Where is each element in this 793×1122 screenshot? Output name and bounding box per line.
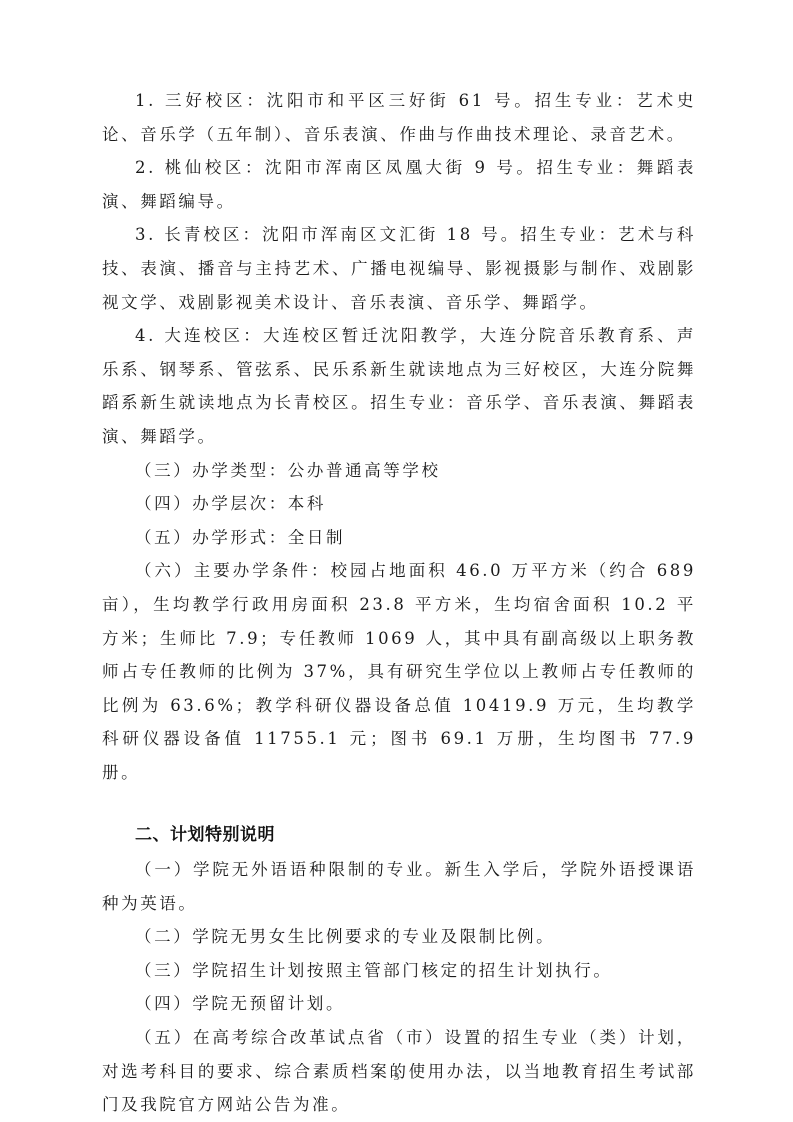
school-conditions: （六）主要办学条件：校园占地面积 46.0 万平方米（约合 689 亩），生均教…	[102, 554, 696, 789]
section-gap	[102, 789, 696, 819]
campus-taoxian: 2. 桃仙校区：沈阳市浑南区凤凰大街 9 号。招生专业：舞蹈表演、舞蹈编导。	[102, 151, 696, 218]
campus-sanhao: 1. 三好校区：沈阳市和平区三好街 61 号。招生专业：艺术史论、音乐学（五年制…	[102, 84, 696, 151]
note-reserved-plan: （四）学院无预留计划。	[102, 987, 696, 1021]
note-plan-execution: （三）学院招生计划按照主管部门核定的招生计划执行。	[102, 954, 696, 988]
section-heading: 二、计划特别说明	[102, 819, 696, 853]
note-language: （一）学院无外语语种限制的专业。新生入学后，学院外语授课语种为英语。	[102, 853, 696, 920]
school-level: （四）办学层次：本科	[102, 487, 696, 521]
note-gender-ratio: （二）学院无男女生比例要求的专业及限制比例。	[102, 920, 696, 954]
document-page: 1. 三好校区：沈阳市和平区三好街 61 号。招生专业：艺术史论、音乐学（五年制…	[102, 84, 696, 1122]
school-form: （五）办学形式：全日制	[102, 521, 696, 555]
campus-dalian: 4. 大连校区：大连校区暂迁沈阳教学，大连分院音乐教育系、声乐系、钢琴系、管弦系…	[102, 319, 696, 453]
school-type: （三）办学类型：公办普通高等学校	[102, 454, 696, 488]
campus-changqing: 3. 长青校区：沈阳市浑南区文汇街 18 号。招生专业：艺术与科技、表演、播音与…	[102, 218, 696, 319]
page-number: 3	[0, 1071, 793, 1083]
